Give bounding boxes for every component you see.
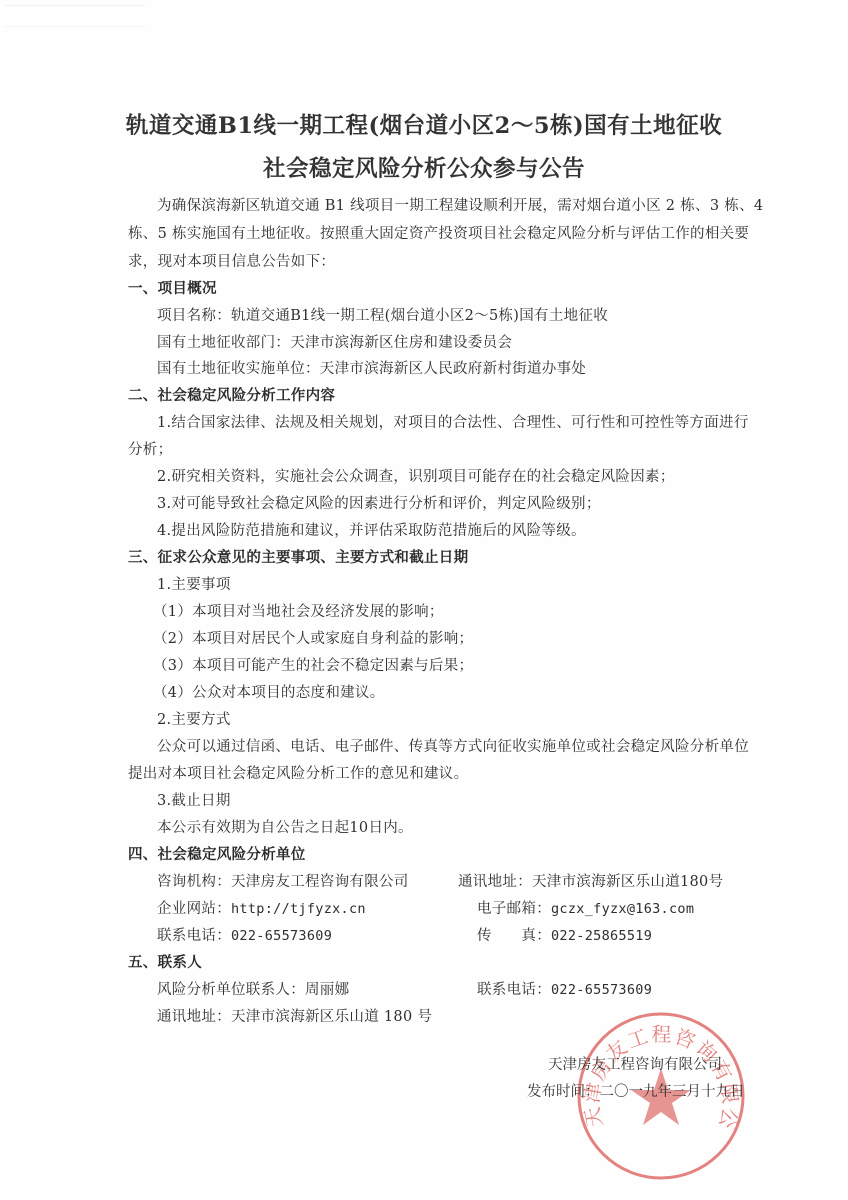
work-item: 4.提出风险防范措施和建议，并评估采取防范措施后的风险等级。 bbox=[157, 519, 586, 540]
section-heading: 五、联系人 bbox=[128, 951, 202, 972]
deadline-text: 本公示有效期为自公告之日起10日内。 bbox=[157, 816, 413, 837]
contact-phone-value: 022-65573609 bbox=[551, 982, 652, 998]
org-field: 咨询机构：天津房友工程咨询有限公司 bbox=[157, 870, 409, 891]
scan-artifact bbox=[5, 5, 145, 27]
work-item: 1.结合国家法律、法规及相关规划，对项目的合法性、合理性、可行性和可控性等方面进… bbox=[157, 411, 749, 432]
contact-label: 风险分析单位联系人： bbox=[157, 982, 305, 998]
subheading: 3.截止日期 bbox=[157, 789, 231, 810]
address-value: 天津市滨海新区乐山道180号 bbox=[532, 874, 723, 890]
work-item-continued: 分析； bbox=[128, 438, 172, 459]
document-title-line1: 轨道交通B1线一期工程(烟台道小区2～5栋)国有土地征收 bbox=[0, 108, 848, 140]
contact-phone-field: 联系电话：022-65573609 bbox=[477, 978, 652, 999]
fax-value: 022-25865519 bbox=[551, 928, 652, 944]
org-value: 天津房友工程咨询有限公司 bbox=[231, 874, 409, 890]
phone-label: 联系电话： bbox=[157, 928, 231, 944]
section-heading: 三、征求公众意见的主要事项、主要方式和截止日期 bbox=[128, 546, 468, 567]
subheading: 2.主要方式 bbox=[157, 708, 231, 729]
matter-item: （3）本项目可能产生的社会不稳定因素与后果； bbox=[153, 654, 473, 675]
contact-address-label: 通讯地址： bbox=[157, 1009, 231, 1025]
address-field: 通讯地址：天津市滨海新区乐山道180号 bbox=[458, 870, 723, 891]
fax-label: 传 真： bbox=[477, 928, 551, 944]
contact-person-field: 风险分析单位联系人：周丽娜 bbox=[157, 978, 349, 999]
address-label: 通讯地址： bbox=[458, 874, 532, 890]
website-field: 企业网站：http://tjfyzx.cn bbox=[157, 897, 366, 918]
matter-item: （2）本项目对居民个人或家庭自身利益的影响； bbox=[153, 627, 473, 648]
fax-field: 传 真：022-25865519 bbox=[477, 924, 652, 945]
implementing-unit: 国有土地征收实施单位：天津市滨海新区人民政府新村街道办事处 bbox=[157, 357, 586, 378]
section-heading: 一、项目概况 bbox=[128, 277, 217, 298]
project-name: 项目名称：轨道交通B1线一期工程(烟台道小区2～5栋)国有土地征收 bbox=[157, 304, 608, 325]
matter-item: （4）公众对本项目的态度和建议。 bbox=[153, 681, 385, 702]
contact-address-value: 天津市滨海新区乐山道 180 号 bbox=[231, 1009, 432, 1025]
section-heading: 二、社会稳定风险分析工作内容 bbox=[128, 384, 335, 405]
document-page: 轨道交通B1线一期工程(烟台道小区2～5栋)国有土地征收 社会稳定风险分析公众参… bbox=[0, 0, 848, 1200]
org-label: 咨询机构： bbox=[157, 874, 231, 890]
intro-line: 为确保滨海新区轨道交通 B1 线项目一期工程建设顺利开展，需对烟台道小区 2 栋… bbox=[157, 194, 763, 215]
publish-date: 发布时间：二〇一九年三月十九日 bbox=[527, 1080, 745, 1101]
method-text: 提出对本项目社会稳定风险分析工作的意见和建议。 bbox=[128, 762, 468, 783]
email-field: 电子邮箱：gczx_fyzx@163.com bbox=[477, 897, 694, 918]
method-text: 公众可以通过信函、电话、电子邮件、传真等方式向征收实施单位或社会稳定风险分析单位 bbox=[157, 735, 749, 756]
website-link[interactable]: http://tjfyzx.cn bbox=[231, 901, 366, 917]
signature-company: 天津房友工程咨询有限公司 bbox=[548, 1053, 722, 1074]
contact-address-field: 通讯地址：天津市滨海新区乐山道 180 号 bbox=[157, 1005, 432, 1026]
section-heading: 四、社会稳定风险分析单位 bbox=[128, 843, 306, 864]
contact-value: 周丽娜 bbox=[305, 982, 349, 998]
intro-line: 求，现对本项目信息公告如下： bbox=[128, 250, 335, 271]
email-label: 电子邮箱： bbox=[477, 901, 551, 917]
phone-value: 022-65573609 bbox=[231, 928, 332, 944]
subheading: 1.主要事项 bbox=[157, 573, 231, 594]
expropriation-department: 国有土地征收部门：天津市滨海新区住房和建设委员会 bbox=[157, 331, 512, 352]
email-link[interactable]: gczx_fyzx@163.com bbox=[551, 901, 694, 917]
phone-field: 联系电话：022-65573609 bbox=[157, 924, 332, 945]
work-item: 3.对可能导致社会稳定风险的因素进行分析和评价，判定风险级别； bbox=[157, 492, 601, 513]
work-item: 2.研究相关资料，实施社会公众调查，识别项目可能存在的社会稳定风险因素； bbox=[157, 465, 675, 486]
intro-line: 栋、5 栋实施国有土地征收。按照重大固定资产投资项目社会稳定风险分析与评估工作的… bbox=[128, 222, 749, 243]
contact-phone-label: 联系电话： bbox=[477, 982, 551, 998]
document-title-line2: 社会稳定风险分析公众参与公告 bbox=[0, 151, 848, 183]
matter-item: （1）本项目对当地社会及经济发展的影响； bbox=[153, 600, 444, 621]
website-label: 企业网站： bbox=[157, 901, 231, 917]
